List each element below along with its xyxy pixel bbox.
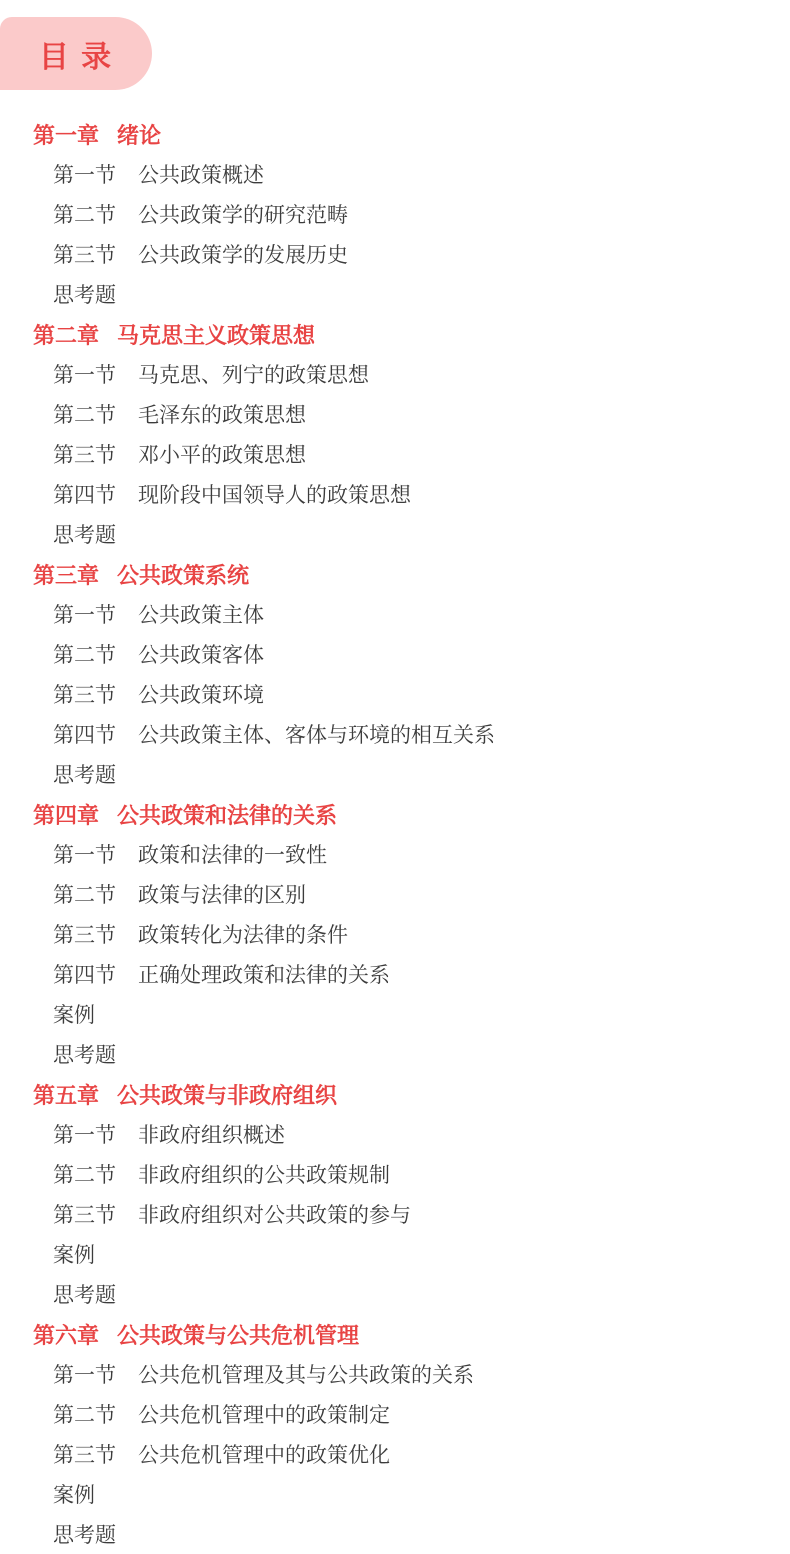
toc-item[interactable]: 第三节 邓小平的政策思想 [0, 434, 790, 474]
toc-item[interactable]: 案例 [0, 1474, 790, 1514]
section-number: 第二节 [53, 1159, 116, 1189]
section-number: 第三节 [53, 919, 116, 949]
section-title: 思考题 [53, 279, 116, 309]
section-number: 第一节 [53, 159, 116, 189]
chapter-title: 公共政策与非政府组织 [117, 1079, 337, 1110]
section-title: 公共政策学的研究范畴 [138, 199, 348, 229]
section-title: 邓小平的政策思想 [138, 439, 306, 469]
toc-item[interactable]: 第一节 公共政策概述 [0, 154, 790, 194]
section-title: 公共危机管理中的政策优化 [138, 1439, 390, 1469]
section-title: 马克思、列宁的政策思想 [138, 359, 369, 389]
toc-item[interactable]: 第二节 公共危机管理中的政策制定 [0, 1394, 790, 1434]
toc-item[interactable]: 案例 [0, 994, 790, 1034]
chapter-title: 绪论 [117, 119, 161, 150]
section-number: 第二节 [53, 199, 116, 229]
toc-item[interactable]: 思考题 [0, 514, 790, 554]
chapter-number: 第三章 [33, 559, 99, 590]
chapter-title: 公共政策和法律的关系 [117, 799, 337, 830]
chapter-heading[interactable]: 第五章 公共政策与非政府组织 [0, 1074, 790, 1114]
toc-list: 第一章 绪论 第一节 公共政策概述 第二节 公共政策学的研究范畴 第三节 公共政… [0, 114, 790, 1554]
toc-item[interactable]: 案例 [0, 1234, 790, 1274]
toc-item[interactable]: 第二节 毛泽东的政策思想 [0, 394, 790, 434]
toc-item[interactable]: 第四节 现阶段中国领导人的政策思想 [0, 474, 790, 514]
section-number: 第二节 [53, 1399, 116, 1429]
section-title: 公共政策主体、客体与环境的相互关系 [138, 719, 495, 749]
toc-chapter: 第六章 公共政策与公共危机管理 第一节 公共危机管理及其与公共政策的关系 第二节… [0, 1314, 790, 1554]
section-number: 第二节 [53, 639, 116, 669]
section-number: 第一节 [53, 359, 116, 389]
chapter-number: 第二章 [33, 319, 99, 350]
toc-item[interactable]: 第一节 马克思、列宁的政策思想 [0, 354, 790, 394]
toc-item[interactable]: 第一节 非政府组织概述 [0, 1114, 790, 1154]
section-title: 非政府组织对公共政策的参与 [138, 1199, 411, 1229]
chapter-heading[interactable]: 第四章 公共政策和法律的关系 [0, 794, 790, 834]
toc-chapter: 第五章 公共政策与非政府组织 第一节 非政府组织概述 第二节 非政府组织的公共政… [0, 1074, 790, 1314]
section-title: 正确处理政策和法律的关系 [138, 959, 390, 989]
toc-item[interactable]: 第四节 正确处理政策和法律的关系 [0, 954, 790, 994]
chapter-title: 公共政策与公共危机管理 [117, 1319, 359, 1350]
toc-item[interactable]: 思考题 [0, 754, 790, 794]
toc-chapter: 第二章 马克思主义政策思想 第一节 马克思、列宁的政策思想 第二节 毛泽东的政策… [0, 314, 790, 554]
section-title: 非政府组织概述 [138, 1119, 285, 1149]
section-title: 公共政策环境 [138, 679, 264, 709]
section-title: 案例 [53, 999, 95, 1029]
section-number: 第三节 [53, 679, 116, 709]
toc-item[interactable]: 第二节 公共政策客体 [0, 634, 790, 674]
section-number: 第三节 [53, 439, 116, 469]
chapter-title: 马克思主义政策思想 [117, 319, 315, 350]
chapter-heading[interactable]: 第六章 公共政策与公共危机管理 [0, 1314, 790, 1354]
toc-chapter: 第三章 公共政策系统 第一节 公共政策主体 第二节 公共政策客体 第三节 公共政… [0, 554, 790, 794]
toc-item[interactable]: 第一节 公共危机管理及其与公共政策的关系 [0, 1354, 790, 1394]
toc-item[interactable]: 思考题 [0, 1274, 790, 1314]
section-number: 第一节 [53, 599, 116, 629]
section-title: 公共危机管理及其与公共政策的关系 [138, 1359, 474, 1389]
section-number: 第四节 [53, 479, 116, 509]
section-title: 公共政策主体 [138, 599, 264, 629]
chapter-number: 第五章 [33, 1079, 99, 1110]
toc-item[interactable]: 第三节 公共政策学的发展历史 [0, 234, 790, 274]
toc-item[interactable]: 第一节 政策和法律的一致性 [0, 834, 790, 874]
section-number: 第四节 [53, 719, 116, 749]
section-title: 思考题 [53, 759, 116, 789]
chapter-number: 第一章 [33, 119, 99, 150]
chapter-heading[interactable]: 第一章 绪论 [0, 114, 790, 154]
section-number: 第一节 [53, 1119, 116, 1149]
section-number: 第三节 [53, 239, 116, 269]
chapter-number: 第六章 [33, 1319, 99, 1350]
section-title: 公共政策概述 [138, 159, 264, 189]
section-number: 第一节 [53, 1359, 116, 1389]
section-title: 非政府组织的公共政策规制 [138, 1159, 390, 1189]
toc-item[interactable]: 第三节 公共政策环境 [0, 674, 790, 714]
section-title: 政策与法律的区别 [138, 879, 306, 909]
section-title: 毛泽东的政策思想 [138, 399, 306, 429]
chapter-heading[interactable]: 第二章 马克思主义政策思想 [0, 314, 790, 354]
toc-item[interactable]: 思考题 [0, 274, 790, 314]
section-title: 政策和法律的一致性 [138, 839, 327, 869]
toc-item[interactable]: 第二节 非政府组织的公共政策规制 [0, 1154, 790, 1194]
toc-item[interactable]: 思考题 [0, 1514, 790, 1554]
section-title: 思考题 [53, 1279, 116, 1309]
toc-item[interactable]: 第四节 公共政策主体、客体与环境的相互关系 [0, 714, 790, 754]
toc-badge: 目 录 [0, 17, 152, 90]
section-number: 第三节 [53, 1199, 116, 1229]
toc-item[interactable]: 第二节 政策与法律的区别 [0, 874, 790, 914]
section-number: 第二节 [53, 879, 116, 909]
chapter-heading[interactable]: 第三章 公共政策系统 [0, 554, 790, 594]
toc-chapter: 第一章 绪论 第一节 公共政策概述 第二节 公共政策学的研究范畴 第三节 公共政… [0, 114, 790, 314]
section-number: 第四节 [53, 959, 116, 989]
section-number: 第二节 [53, 399, 116, 429]
toc-item[interactable]: 第三节 公共危机管理中的政策优化 [0, 1434, 790, 1474]
section-title: 案例 [53, 1479, 95, 1509]
section-title: 思考题 [53, 1519, 116, 1549]
chapter-title: 公共政策系统 [117, 559, 249, 590]
toc-item[interactable]: 思考题 [0, 1034, 790, 1074]
section-title: 现阶段中国领导人的政策思想 [138, 479, 411, 509]
section-title: 公共政策学的发展历史 [138, 239, 348, 269]
toc-item[interactable]: 第二节 公共政策学的研究范畴 [0, 194, 790, 234]
section-title: 案例 [53, 1239, 95, 1269]
toc-chapter: 第四章 公共政策和法律的关系 第一节 政策和法律的一致性 第二节 政策与法律的区… [0, 794, 790, 1074]
section-title: 公共危机管理中的政策制定 [138, 1399, 390, 1429]
chapter-number: 第四章 [33, 799, 99, 830]
section-number: 第三节 [53, 1439, 116, 1469]
section-title: 思考题 [53, 1039, 116, 1069]
section-title: 公共政策客体 [138, 639, 264, 669]
toc-badge-label: 目 录 [39, 32, 113, 76]
section-title: 思考题 [53, 519, 116, 549]
section-number: 第一节 [53, 839, 116, 869]
toc-item[interactable]: 第三节 非政府组织对公共政策的参与 [0, 1194, 790, 1234]
section-title: 政策转化为法律的条件 [138, 919, 348, 949]
toc-item[interactable]: 第三节 政策转化为法律的条件 [0, 914, 790, 954]
toc-item[interactable]: 第一节 公共政策主体 [0, 594, 790, 634]
